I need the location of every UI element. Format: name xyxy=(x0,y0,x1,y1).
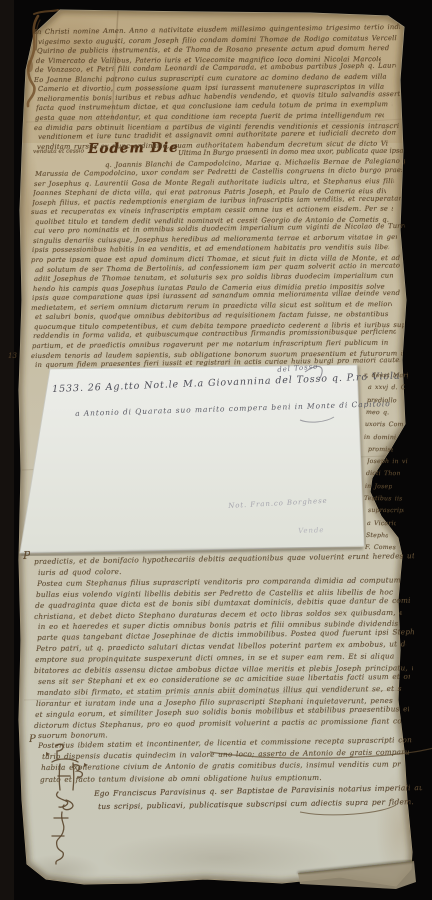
paragraph-mark: P xyxy=(23,549,30,562)
script-line: in Josephum xyxy=(365,483,392,490)
script-line: emptore sua propinquitate suspexerunt di… xyxy=(35,651,398,664)
script-line: habita exoneratione civium de Antonio de… xyxy=(41,760,401,773)
script-line: a xxvj d. C xyxy=(368,384,405,391)
script-text-layer: venduta et cessio Eodem Die Ultima In Bu… xyxy=(0,0,432,900)
script-line: a Vicario xyxy=(367,520,396,527)
slip-subject-line: a Antonio di Quarata suo marito compera … xyxy=(75,399,391,418)
script-line: prediollo a d. xyxy=(367,397,397,404)
slip-date-line: 1533. 26 Ag.tto Not.le M.a Giovannina de… xyxy=(52,371,401,395)
script-line: Stephani xyxy=(366,532,388,539)
script-line: partium, et de praedictis omnibus rogave… xyxy=(32,339,388,350)
script-line: Quirino de publicis instrumentis, et de … xyxy=(37,44,389,55)
script-line: promissa a d.o xyxy=(368,446,393,453)
script-line: Marussia de Campodolcino, uxor condam se… xyxy=(35,166,402,178)
script-line: uxoris Com.is xyxy=(365,421,404,428)
script-line: ser Josephus q. Laurentii Gosa de Monte … xyxy=(34,177,394,188)
slip-faint-signature: Not. Fran.co Borghese xyxy=(228,497,328,510)
slip-faint-word: Vende xyxy=(298,526,324,535)
script-line: gesta quae non attendantur, et qua condi… xyxy=(35,111,384,122)
script-line: meo q. e sibi xyxy=(366,409,389,416)
script-line: r, deest Marij xyxy=(364,372,408,379)
manuscript-photo: venduta et cessio Eodem Die Ultima In Bu… xyxy=(0,0,432,900)
folio-margin-note: 13 xyxy=(8,352,17,360)
script-line: grato et facto tantum divisione ab omni … xyxy=(40,772,393,784)
script-line: F. Comes xyxy=(365,544,403,551)
script-line: Ego Franciscus Paravisinus q. ser Baptis… xyxy=(94,783,422,798)
script-line: dicti Thomae xyxy=(366,470,400,477)
script-line: adiit Josephus de Thomae tenutam, et sol… xyxy=(34,272,393,283)
script-line: tus scripsi, publicavi, publicatisque su… xyxy=(98,797,419,811)
script-line: in dominio suo xyxy=(364,434,396,441)
script-line: suprascriptis xyxy=(368,507,404,514)
paragraph-mark: P xyxy=(29,734,36,745)
script-line: iuris ad quod colore. xyxy=(38,563,411,577)
script-line: Postea cum Stephanus filius suprascripti… xyxy=(37,575,403,588)
script-line: suas et recuperatas ex vineis infrascrip… xyxy=(31,205,393,216)
script-line: Joseph in villa xyxy=(367,458,408,465)
script-line: et salubri bonis, quodque omnibus debito… xyxy=(35,310,389,321)
script-line: ipsis possessionibus habitis in ea vendi… xyxy=(32,243,389,254)
script-line: Testibus iis xyxy=(364,495,407,502)
script-line: mandato sibi firmato, et statim primis a… xyxy=(37,684,402,697)
